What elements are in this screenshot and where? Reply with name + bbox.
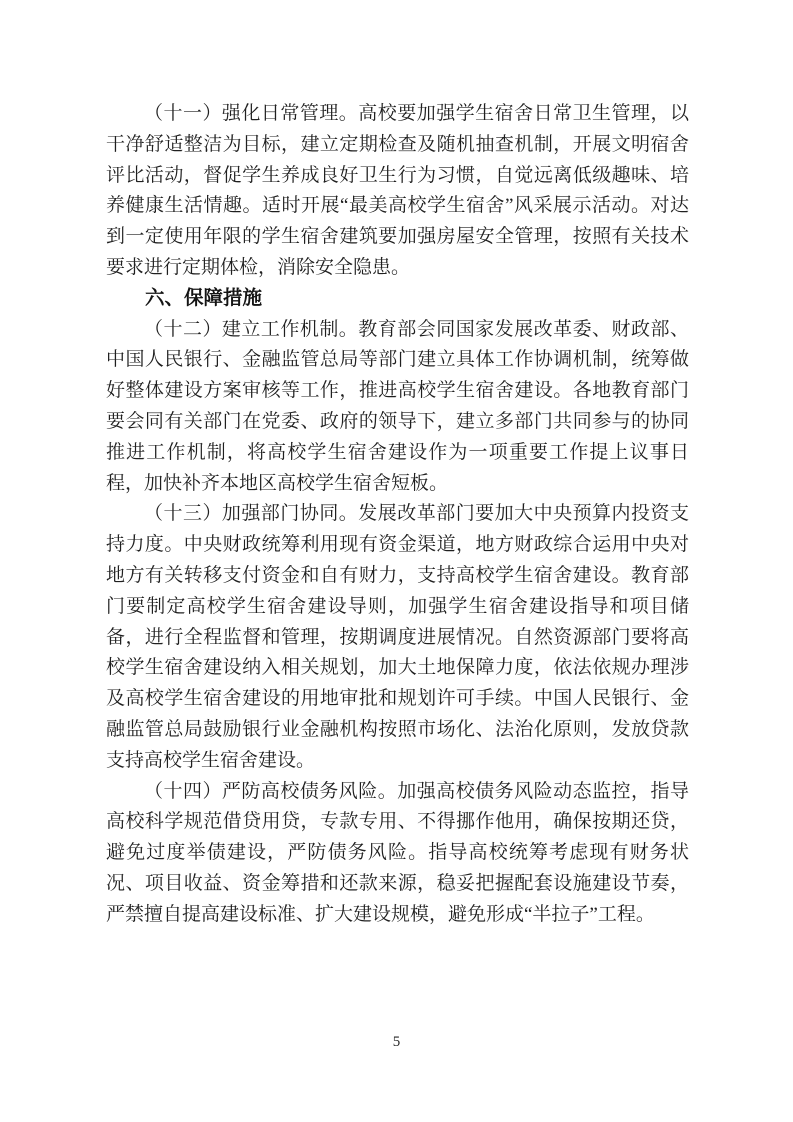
- paragraph-item-11: （十一）强化日常管理。高校要加强学生宿舍日常卫生管理，以干净舒适整洁为目标，建立…: [106, 99, 689, 284]
- paragraph-item-13: （十三）加强部门协同。发展改革部门要加大中央预算内投资支持力度。中央财政统筹利用…: [106, 499, 689, 776]
- page-number: 5: [0, 1032, 793, 1052]
- document-page: （十一）强化日常管理。高校要加强学生宿舍日常卫生管理，以干净舒适整洁为目标，建立…: [0, 0, 793, 1122]
- section-heading-6: 六、保障措施: [106, 284, 689, 315]
- paragraph-item-14: （十四）严防高校债务风险。加强高校债务风险动态监控，指导高校科学规范借贷用贷，专…: [106, 777, 689, 931]
- document-content: （十一）强化日常管理。高校要加强学生宿舍日常卫生管理，以干净舒适整洁为目标，建立…: [106, 99, 689, 931]
- paragraph-item-12: （十二）建立工作机制。教育部会同国家发展改革委、财政部、中国人民银行、金融监管总…: [106, 315, 689, 500]
